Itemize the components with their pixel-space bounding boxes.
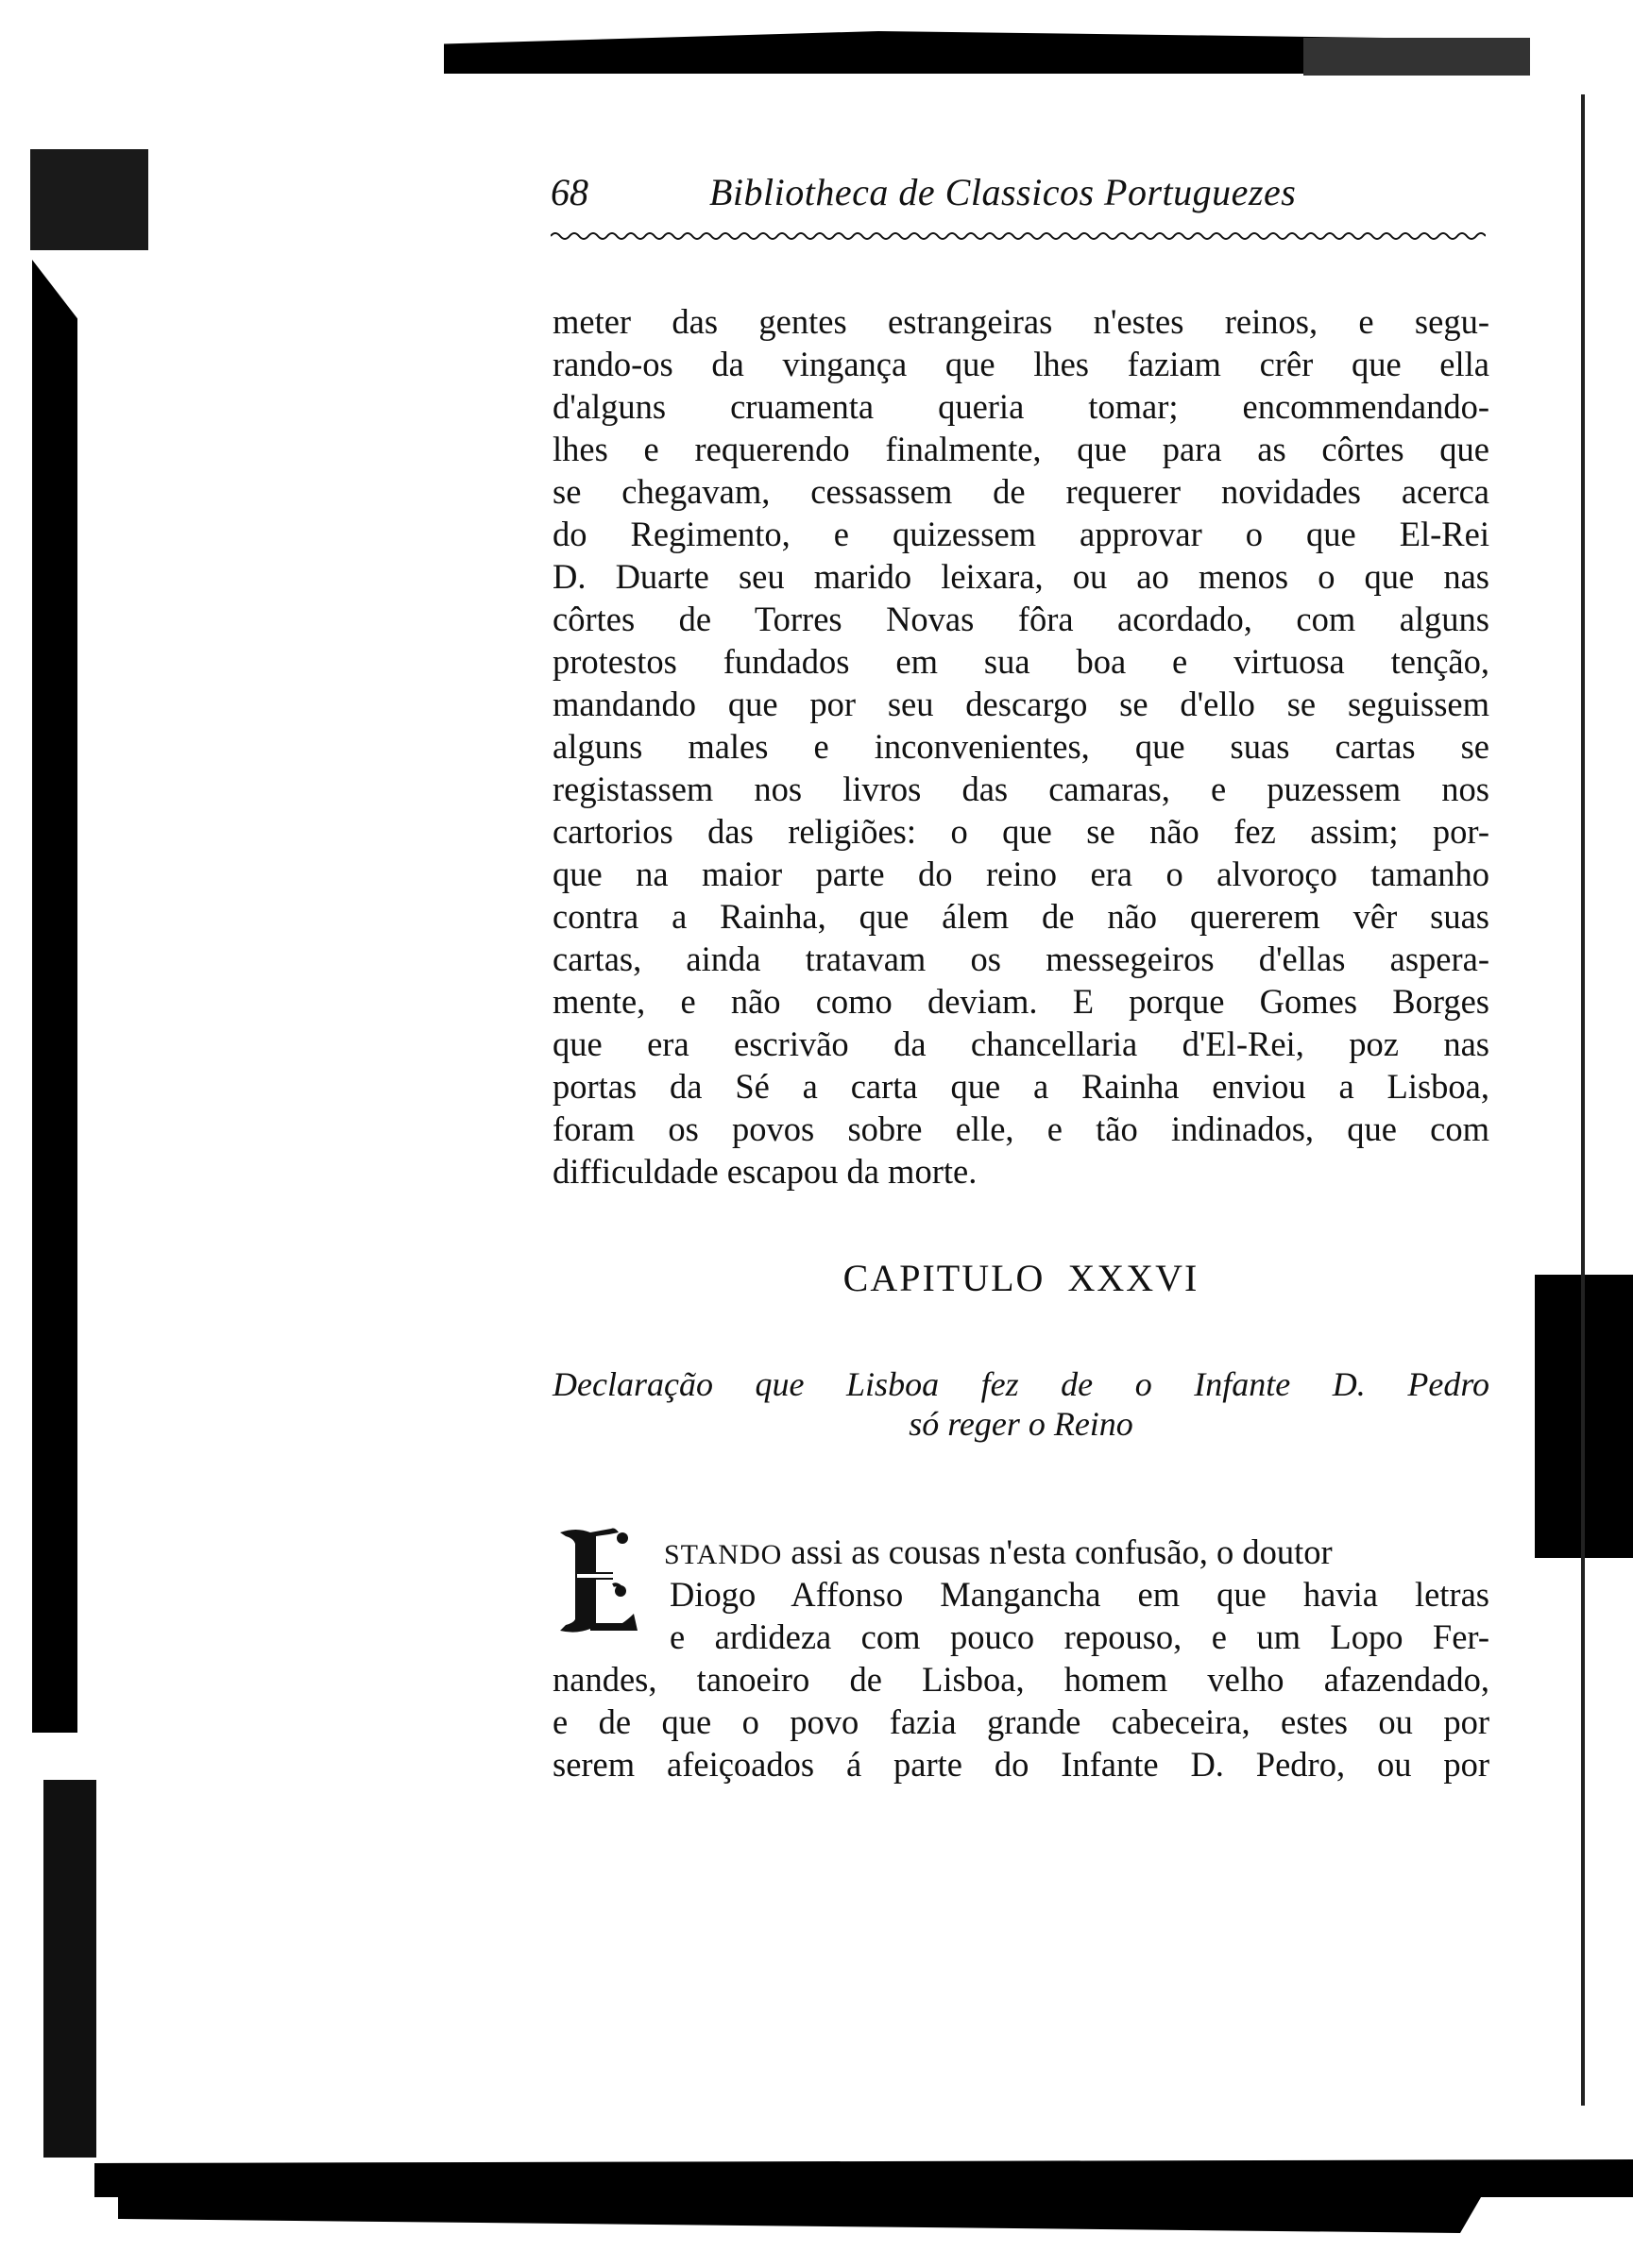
- running-title: Bibliotheca de Classicos Portuguezes: [709, 170, 1296, 214]
- text-line: côrtes de Torres Novas fôra acordado, co…: [553, 598, 1489, 640]
- text-line: nandes, tanoeiro de Lisboa, homem velho …: [553, 1658, 1489, 1701]
- text-line: mente, e não como deviam. E porque Gomes…: [553, 980, 1489, 1023]
- page-number: 68: [551, 170, 588, 214]
- text-line: protestos fundados em sua boa e virtuosa…: [553, 640, 1489, 683]
- text-line: que era escrivão da chancellaria d'El-Re…: [553, 1023, 1489, 1065]
- text-line: e ardideza com pouco repouso, e um Lopo …: [670, 1616, 1489, 1658]
- text-line: assi as cousas n'esta confusão, o doutor: [782, 1532, 1332, 1571]
- text-line: lhes e requerendo finalmente, que para a…: [553, 428, 1489, 470]
- page-header: 68 Bibliotheca de Classicos Portuguezes: [551, 170, 1486, 227]
- text-line: mandando que por seu descargo se d'ello …: [553, 683, 1489, 725]
- scan-edge-top-right: [1303, 38, 1530, 76]
- text-line: contra a Rainha, que álem de não querere…: [553, 895, 1489, 938]
- text-line: e de que o povo fazia grande cabeceira, …: [553, 1701, 1489, 1743]
- chapter-subtitle-line-1: Declaração que Lisboa fez de o Infante D…: [553, 1364, 1489, 1404]
- scan-edge-left-block: [30, 149, 148, 250]
- text-line: registassem nos livros das camaras, e pu…: [553, 768, 1489, 810]
- text-line: serem afeiçoados á parte do Infante D. P…: [553, 1743, 1489, 1786]
- text-line: portas da Sé a carta que a Rainha enviou…: [553, 1065, 1489, 1108]
- scan-edge-right-line: [1581, 94, 1585, 2106]
- text-line: difficuldade escapou da morte.: [553, 1150, 1489, 1193]
- text-line: meter das gentes estrangeiras n'estes re…: [553, 300, 1489, 343]
- text-line: Diogo Affonso Mangancha em que havia let…: [670, 1573, 1489, 1616]
- ornamental-drop-cap-e-icon: [553, 1525, 675, 1638]
- text-line: cartas, ainda tratavam os messegeiros d'…: [553, 938, 1489, 980]
- paragraph-continued: meter das gentes estrangeiras n'estes re…: [553, 300, 1489, 1193]
- text-line: alguns males e inconvenientes, que suas …: [553, 725, 1489, 768]
- drop-cap-word-rest: STANDO: [664, 1539, 782, 1570]
- text-line: foram os povos sobre elle, e tão indinad…: [553, 1108, 1489, 1150]
- text-line: do Regimento, e quizessem approvar o que…: [553, 513, 1489, 555]
- wavy-rule-divider: [551, 230, 1486, 242]
- text-line: que na maior parte do reino era o alvoro…: [553, 853, 1489, 895]
- text-line: cartorios das religiões: o que se não fe…: [553, 810, 1489, 853]
- scan-edge-left-strip: [32, 260, 77, 1733]
- text-line: rando-os da vingança que lhes faziam crê…: [553, 343, 1489, 385]
- text-line: se chegavam, cessassem de requerer novid…: [553, 470, 1489, 513]
- chapter-opening-paragraph: STANDO assi as cousas n'esta confusão, o…: [553, 1504, 1489, 1786]
- text-line: D. Duarte seu marido leixara, ou ao meno…: [553, 555, 1489, 598]
- chapter-heading: CAPITULO XXXVI: [553, 1256, 1489, 1300]
- chapter-subtitle: Declaração que Lisboa fez de o Infante D…: [553, 1364, 1489, 1444]
- chapter-subtitle-line-2: só reger o Reino: [909, 1405, 1133, 1443]
- scan-edge-left-lower: [43, 1780, 96, 2158]
- text-line: d'alguns cruamenta queria tomar; encomme…: [553, 385, 1489, 428]
- scan-edge-bottom-lower: [118, 2186, 1488, 2233]
